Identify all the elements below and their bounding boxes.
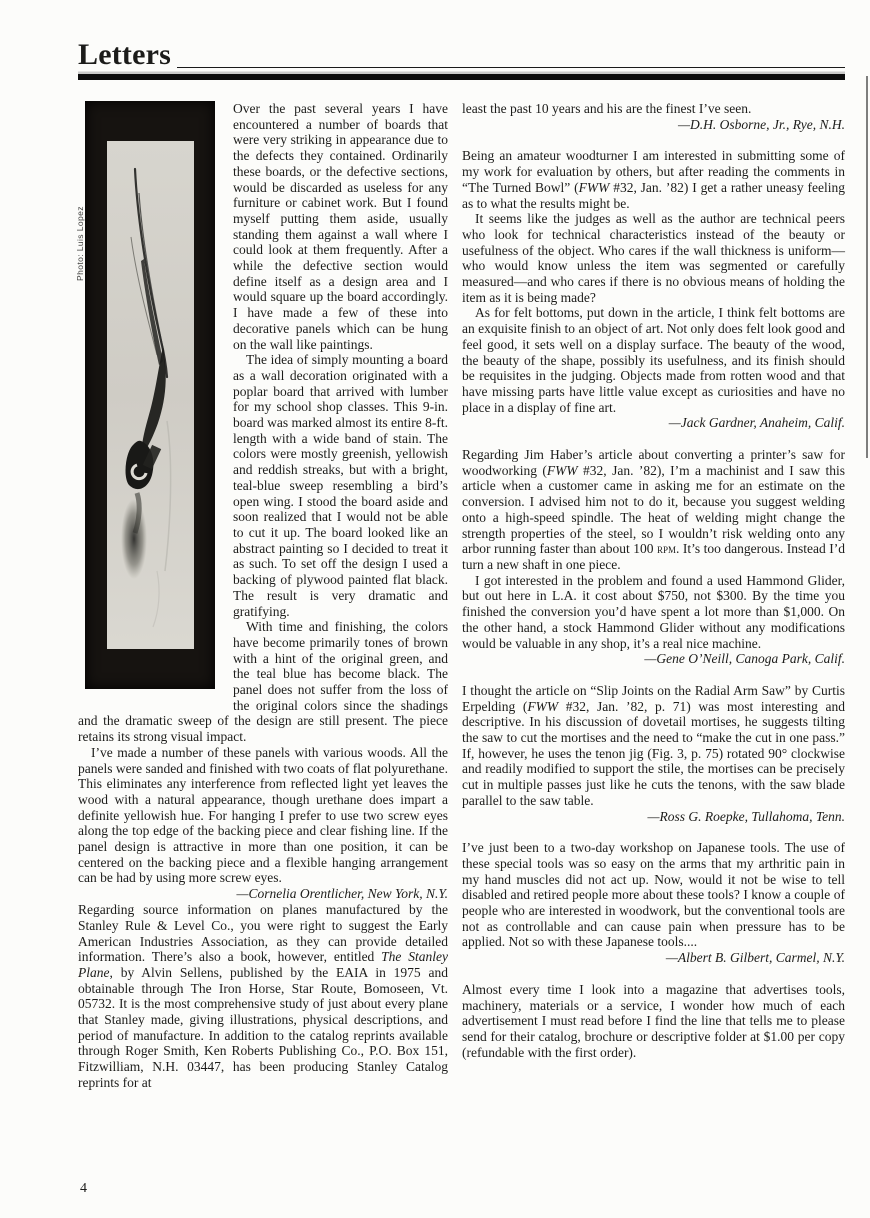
letter: least the past 10 years and his are the …	[462, 101, 845, 132]
page-edge-line	[866, 76, 868, 458]
paragraph: Regarding source information on planes m…	[78, 902, 448, 1090]
letter: Regarding Jim Haber’s article about conv…	[462, 447, 845, 667]
paragraph: I’ve made a number of these panels with …	[78, 745, 448, 886]
signature: —Ross G. Roepke, Tullahoma, Tenn.	[462, 809, 845, 825]
panel-artwork-image	[107, 141, 194, 649]
paragraph: As for felt bottoms, put down in the art…	[462, 305, 845, 415]
header-thick-rule	[78, 74, 845, 80]
paragraph: I’ve just been to a two-day workshop on …	[462, 840, 845, 950]
letter: Almost every time I look into a magazine…	[462, 982, 845, 1061]
paragraph: Almost every time I look into a magazine…	[462, 982, 845, 1061]
paragraph: Regarding Jim Haber’s article about conv…	[462, 447, 845, 573]
paragraph: It seems like the judges as well as the …	[462, 211, 845, 305]
paragraph: least the past 10 years and his are the …	[462, 101, 845, 117]
signature: —Cornelia Orentlicher, New York, N.Y.	[223, 886, 448, 902]
signature: —Jack Gardner, Anaheim, Calif.	[462, 415, 845, 431]
magazine-page: Letters Photo: Luis Lopez	[0, 0, 870, 1218]
signature: —Gene O’Neill, Canoga Park, Calif.	[462, 651, 845, 667]
signature: —D.H. Osborne, Jr., Rye, N.H.	[462, 117, 845, 133]
letter: Regarding source information on planes m…	[78, 902, 448, 1090]
paragraph: I thought the article on “Slip Joints on…	[462, 683, 845, 809]
paragraph: I got interested in the problem and foun…	[462, 573, 845, 652]
signature: —Albert B. Gilbert, Carmel, N.Y.	[462, 950, 845, 966]
left-letters: Regarding source information on planes m…	[78, 902, 448, 1090]
page-title: Letters	[78, 40, 177, 70]
letter: Being an amateur woodturner I am interes…	[462, 148, 845, 431]
letter: I thought the article on “Slip Joints on…	[462, 683, 845, 824]
section-header: Letters	[78, 40, 845, 70]
letter-decorative-panels: Photo: Luis Lopez	[78, 101, 448, 886]
panel-photo-figure: Photo: Luis Lopez	[78, 101, 233, 691]
page-number: 4	[80, 1181, 87, 1197]
right-column: least the past 10 years and his are the …	[462, 101, 845, 1060]
letter: I’ve just been to a two-day workshop on …	[462, 840, 845, 966]
left-column: Photo: Luis Lopez	[78, 101, 448, 1091]
panel-photo-frame	[85, 101, 215, 689]
header-thin-rule	[177, 67, 845, 68]
paragraph: Being an amateur woodturner I am interes…	[462, 148, 845, 211]
